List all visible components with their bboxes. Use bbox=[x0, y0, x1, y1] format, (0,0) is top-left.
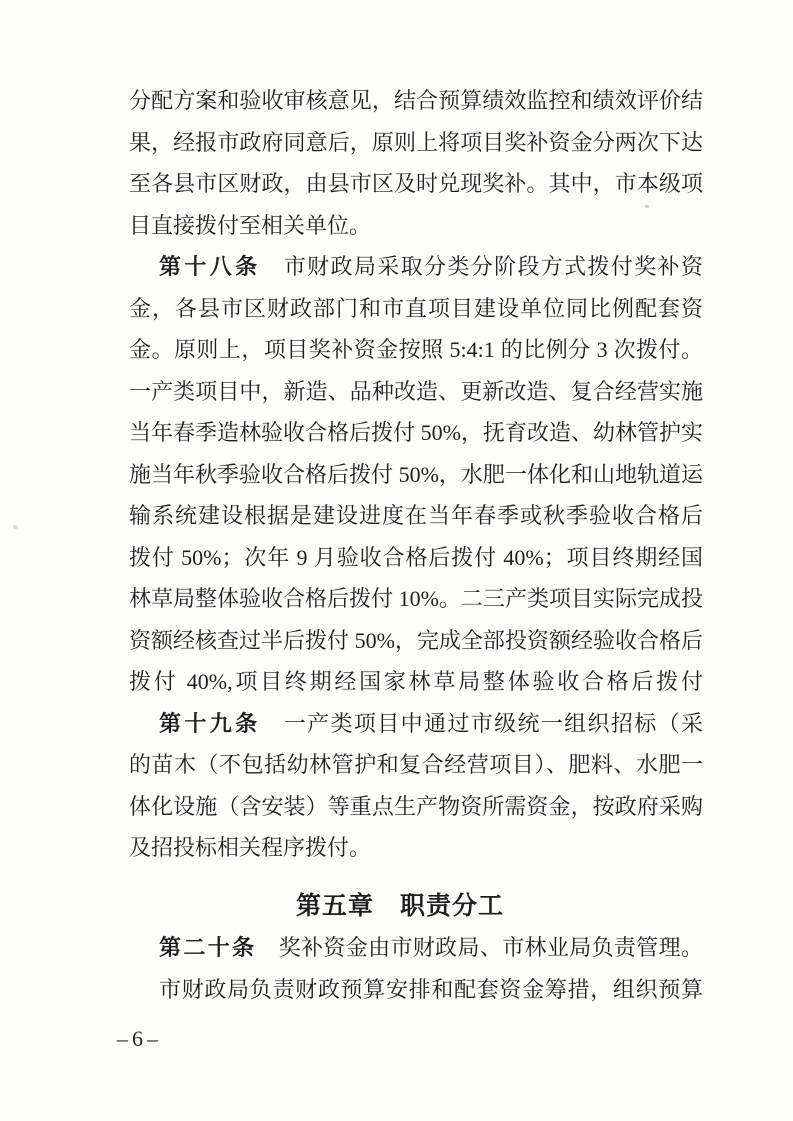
article-20-first-line-text: 奖补资金由市财政局、市林业局负责管理。 bbox=[256, 935, 703, 960]
scan-speck bbox=[645, 205, 649, 208]
article-20-first-line: 第二十条 奖补资金由市财政局、市林业局负责管理。 bbox=[129, 927, 703, 969]
text-line: 分配方案和验收审核意见，结合预算绩效监控和绩效评价结 bbox=[129, 80, 703, 122]
text-line: 当年春季造林验收合格后拨付 50%，抚育改造、幼林管护实 bbox=[129, 412, 703, 454]
scan-speck bbox=[13, 525, 18, 529]
scanned-document-page: 分配方案和验收审核意见，结合预算绩效监控和绩效评价结 果，经报市政府同意后，原则… bbox=[0, 0, 793, 1121]
text-line: 至各县市区财政，由县市区及时兑现奖补。其中，市本级项 bbox=[129, 163, 703, 205]
article-19-first-line: 第十九条 一产类项目中通过市级统一组织招标（采购） bbox=[129, 703, 703, 745]
text-line: 施当年秋季验收合格后拨付 50%，水肥一体化和山地轨道运 bbox=[129, 454, 703, 496]
text-line: 林草局整体验收合格后拨付 10%。二三产类项目实际完成投 bbox=[129, 578, 703, 620]
page-number: –6– bbox=[117, 1026, 162, 1052]
article-20-number: 第二十条 bbox=[159, 935, 256, 960]
text-line: 金，各县市区财政部门和市直项目建设单位同比例配套资 bbox=[129, 288, 703, 330]
text-line: 及招投标相关程序拨付。 bbox=[129, 827, 703, 869]
text-line: 金。原则上，项目奖补资金按照 5:4:1 的比例分 3 次拨付。 bbox=[129, 329, 703, 371]
text-line: 体化设施（含安装）等重点生产物资所需资金，按政府采购 bbox=[129, 786, 703, 828]
article-19-number: 第十九条 bbox=[159, 711, 260, 736]
text-line: 拨付 40%,项目终期经国家林草局整体验收合格后拨付 10%。 bbox=[129, 661, 703, 703]
text-line: 的苗木（不包括幼林管护和复合经营项目）、肥料、水肥一 bbox=[129, 744, 703, 786]
text-line: 资额经核查过半后拨付 50%，完成全部投资额经验收合格后 bbox=[129, 620, 703, 662]
chapter-heading: 第五章 职责分工 bbox=[113, 886, 687, 928]
text-line: 一产类项目中，新造、品种改造、更新改造、复合经营实施 bbox=[129, 371, 703, 413]
article-18-first-line-text: 市财政局采取分类分阶段方式拨付奖补资 bbox=[260, 254, 703, 279]
article-18-first-line: 第十八条 市财政局采取分类分阶段方式拨付奖补资 bbox=[129, 246, 703, 288]
text-line: 拨付 50%；次年 9 月验收合格后拨付 40%；项目终期经国家 bbox=[129, 537, 703, 579]
document-body: 分配方案和验收审核意见，结合预算绩效监控和绩效评价结 果，经报市政府同意后，原则… bbox=[129, 80, 703, 1010]
text-line: 市财政局负责财政预算安排和配套资金筹措，组织预算 bbox=[129, 969, 703, 1011]
article-18-number: 第十八条 bbox=[159, 254, 260, 279]
text-line: 输系统建设根据是建设进度在当年春季或秋季验收合格后 bbox=[129, 495, 703, 537]
text-line: 目直接拨付至相关单位。 bbox=[129, 205, 703, 247]
text-line: 果，经报市政府同意后，原则上将项目奖补资金分两次下达 bbox=[129, 122, 703, 164]
